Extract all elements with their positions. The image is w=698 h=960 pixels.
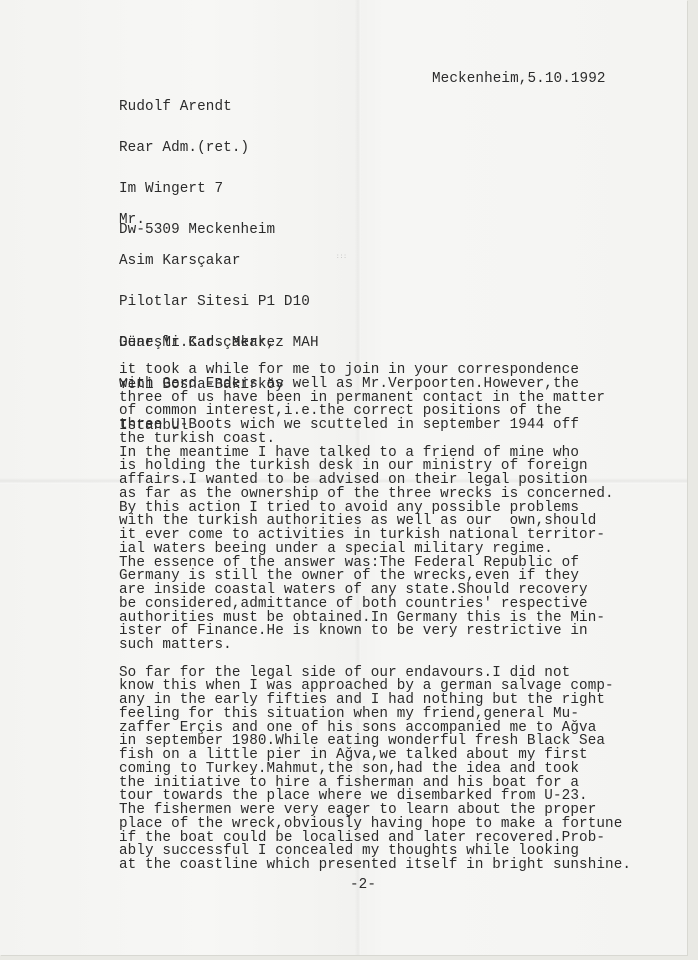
recipient-building: Pilotlar Sitesi P1 D10 xyxy=(119,296,319,310)
text-line: at the coastline which presented itself … xyxy=(119,859,631,873)
salutation: Dear Mr.Karsçakar, xyxy=(119,337,275,351)
sender-rank: Rear Adm.(ret.) xyxy=(119,142,275,156)
recipient-name: Asim Karsçakar xyxy=(119,255,319,269)
page-number: -2- xyxy=(350,879,376,893)
paper-smudge: ::: xyxy=(336,253,347,260)
sender-name: Rudolf Arendt xyxy=(119,101,275,115)
letter-body: it took a while for me to join in your c… xyxy=(119,364,631,873)
text-line: such matters. xyxy=(119,639,631,653)
paragraph: it took a while for me to join in your c… xyxy=(119,364,631,653)
recipient-title: Mr. xyxy=(119,214,319,228)
place-date: Meckenheim,5.10.1992 xyxy=(432,73,606,87)
letter-page: Rudolf Arendt Rear Adm.(ret.) Im Wingert… xyxy=(0,0,687,955)
paragraph: So far for the legal side of our endavou… xyxy=(119,667,631,873)
